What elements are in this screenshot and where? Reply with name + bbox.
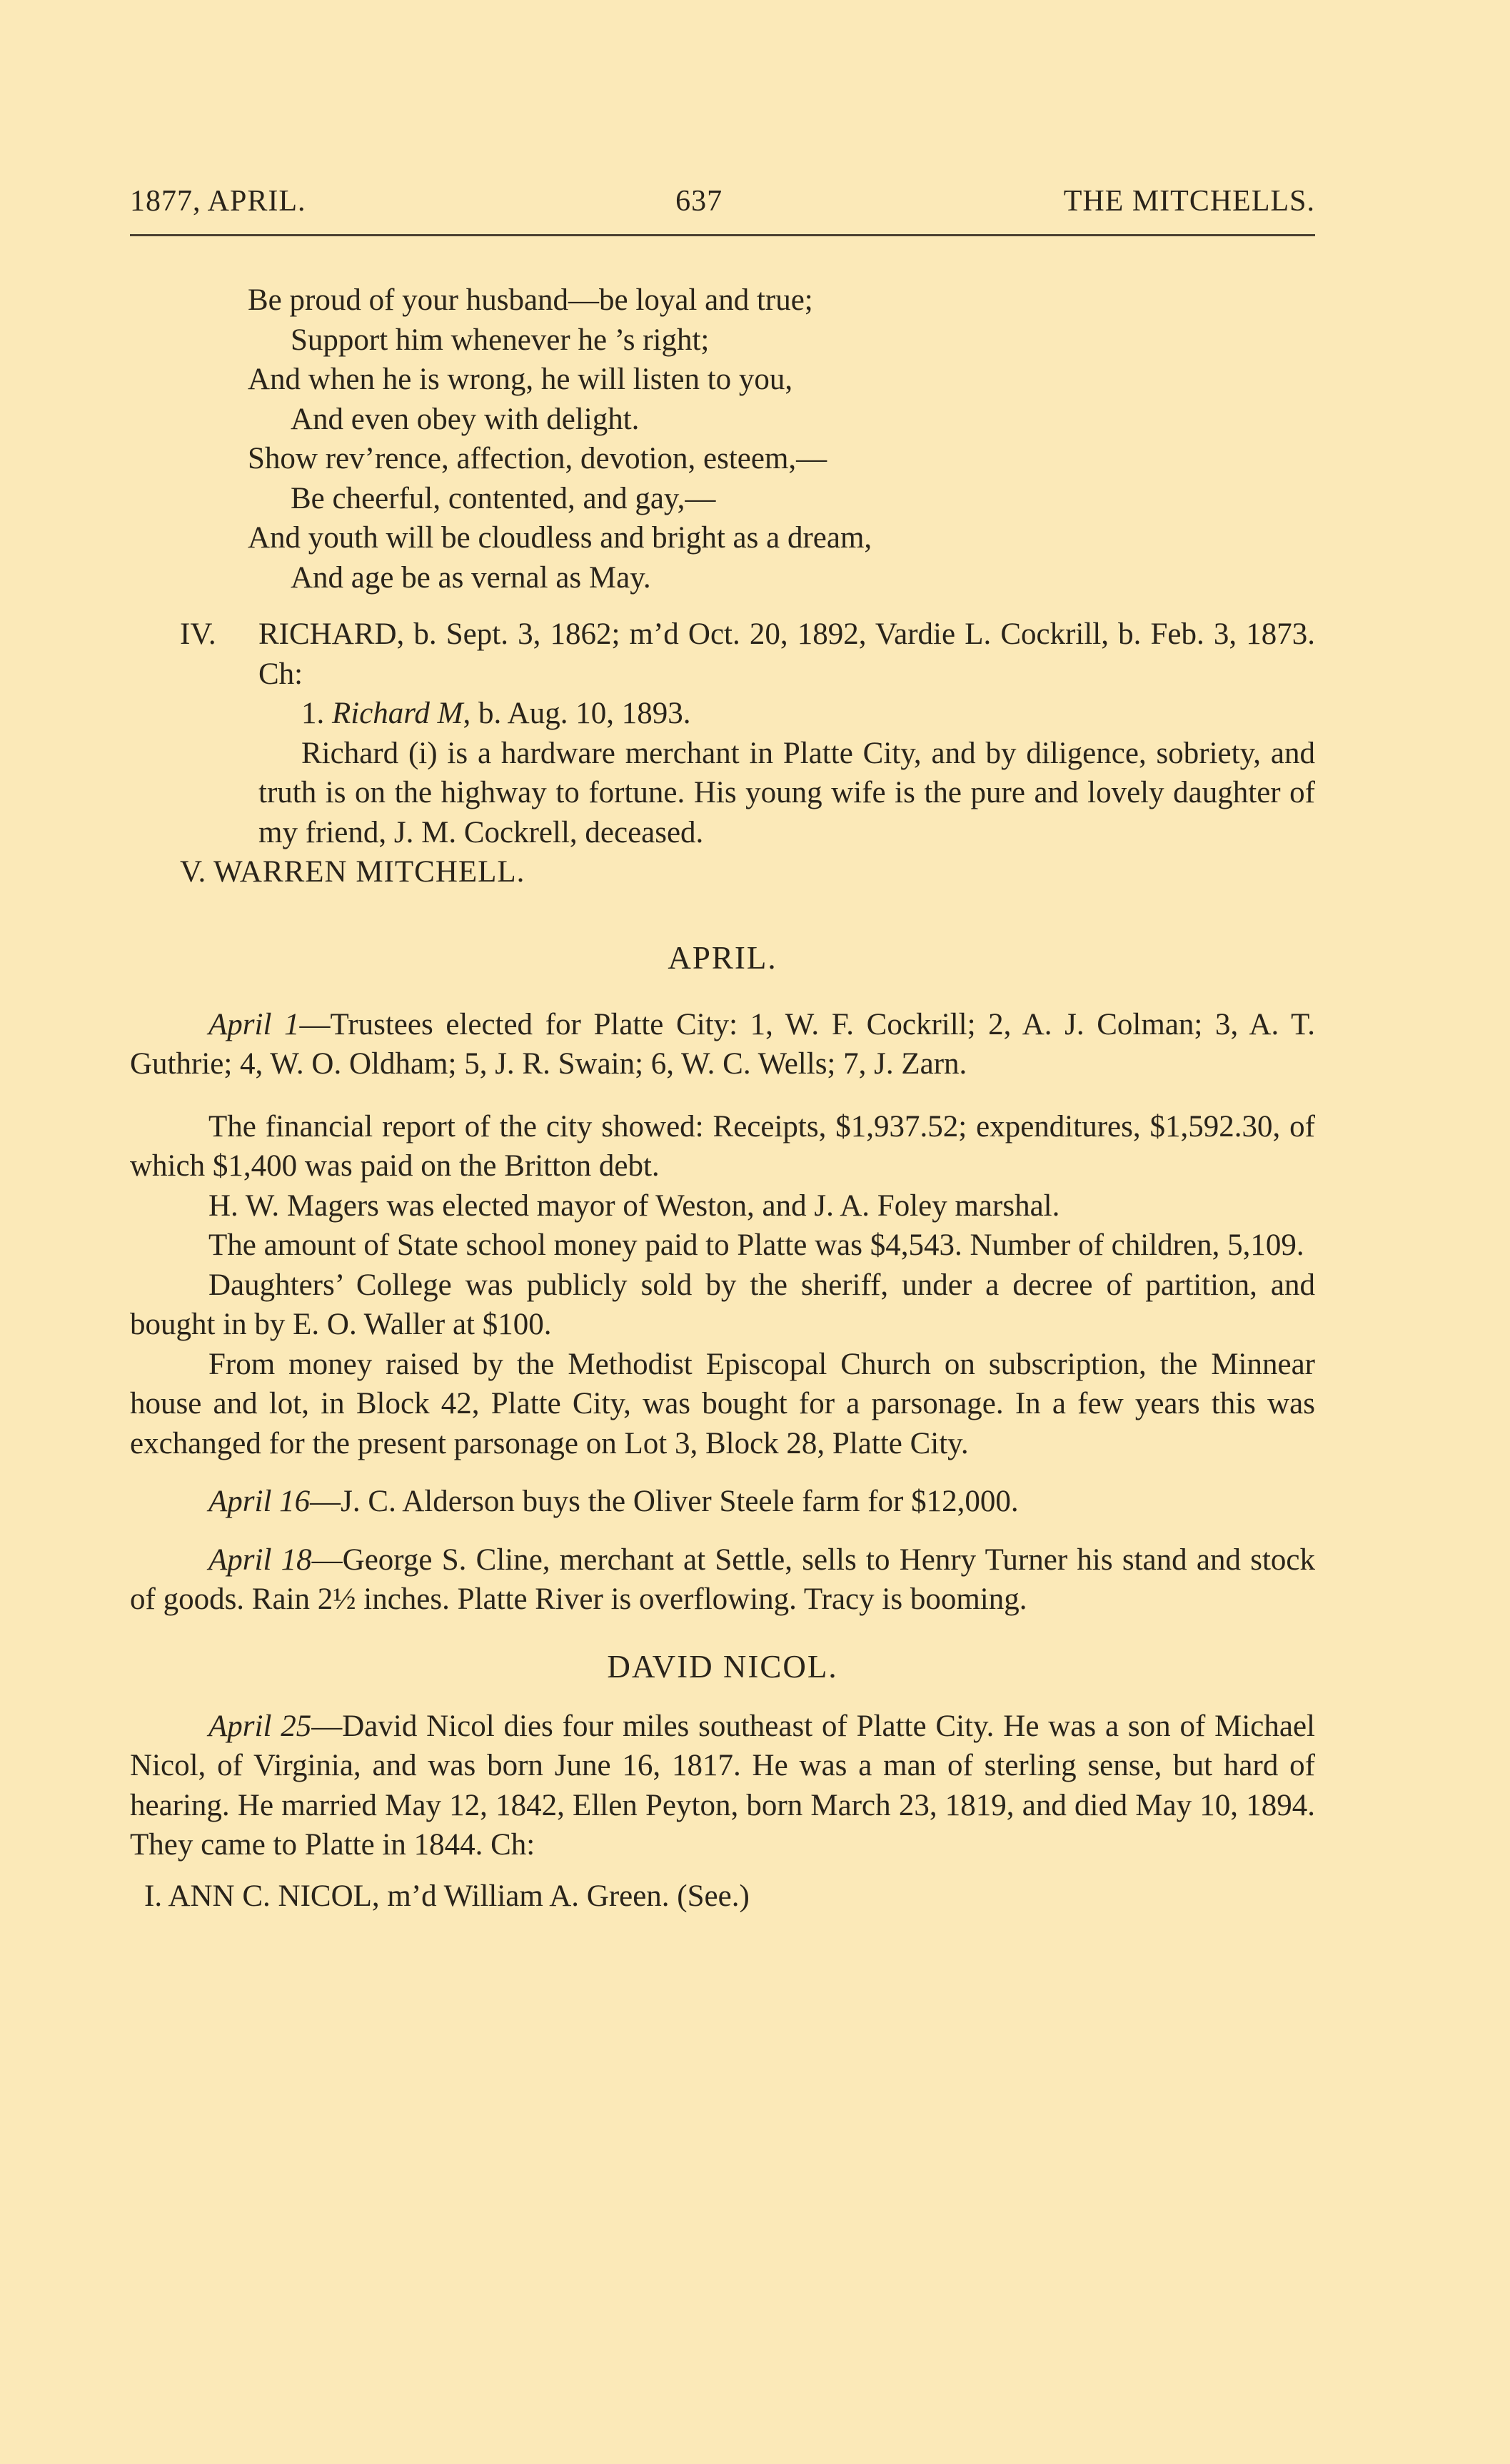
genealogy-entry-warren: V. WARREN MITCHELL. bbox=[180, 852, 1315, 892]
book-page: 1877, APRIL. 637 THE MITCHELLS. Be proud… bbox=[130, 184, 1315, 1916]
entry-body: The amount of State school money paid to… bbox=[208, 1228, 1304, 1262]
verse-line: And youth will be cloudless and bright a… bbox=[248, 518, 1315, 558]
entry-body: —Trustees elected for Platte City: 1, W.… bbox=[130, 1008, 1315, 1081]
verse-line: And when he is wrong, he will listen to … bbox=[248, 360, 1315, 400]
header-date: 1877, APRIL. bbox=[130, 184, 306, 218]
entry-date: April 16 bbox=[208, 1485, 310, 1518]
verse-line: And age be as vernal as May. bbox=[248, 558, 1315, 598]
entry-numeral: V. bbox=[180, 855, 206, 889]
paragraph-daughters-college: Daughters’ College was publicly sold by … bbox=[130, 1266, 1315, 1345]
child-details: , b. Aug. 10, 1893. bbox=[463, 697, 691, 730]
verse-line: Show rev’rence, affection, devotion, est… bbox=[248, 439, 1315, 479]
running-header: 1877, APRIL. 637 THE MITCHELLS. bbox=[130, 184, 1315, 218]
paragraph-parsonage: From money raised by the Methodist Episc… bbox=[130, 1345, 1315, 1464]
genealogy-entry-richard: IV. RICHARD, b. Sept. 3, 1862; m’d Oct. … bbox=[180, 615, 1315, 852]
paragraph-school-money: The amount of State school money paid to… bbox=[130, 1226, 1315, 1266]
verse-line: Support him whenever he ’s right; bbox=[248, 320, 1315, 360]
entry-numeral: IV. bbox=[180, 615, 216, 655]
page-number: 637 bbox=[675, 184, 723, 218]
paragraph-financial-report: The financial report of the city showed:… bbox=[130, 1107, 1315, 1186]
section-heading-david-nicol: DAVID NICOL. bbox=[130, 1648, 1315, 1685]
child-number: 1. bbox=[301, 697, 324, 730]
paragraph-april-1: April 1—Trustees elected for Platte City… bbox=[130, 1005, 1315, 1084]
paragraph-april-25: April 25—David Nicol dies four miles sou… bbox=[130, 1707, 1315, 1865]
verse-line: And even obey with delight. bbox=[248, 400, 1315, 440]
entry-date: April 1 bbox=[208, 1008, 300, 1041]
entry-date: April 18 bbox=[208, 1543, 312, 1577]
entry-text: RICHARD, b. Sept. 3, 1862; m’d Oct. 20, … bbox=[258, 615, 1315, 694]
entry-text: WARREN MITCHELL. bbox=[213, 855, 525, 889]
child-entry: 1. Richard M, b. Aug. 10, 1893. bbox=[258, 694, 1315, 734]
genealogy-list: IV. RICHARD, b. Sept. 3, 1862; m’d Oct. … bbox=[180, 615, 1315, 892]
entry-date: April 25 bbox=[208, 1710, 311, 1743]
entry-body: H. W. Magers was elected mayor of Weston… bbox=[208, 1189, 1059, 1223]
verse-line: Be proud of your husband—be loyal and tr… bbox=[248, 281, 1315, 320]
child-name: Richard M bbox=[332, 697, 463, 730]
entry-body: The financial report of the city showed:… bbox=[130, 1110, 1315, 1183]
section-heading-april: APRIL. bbox=[130, 939, 1315, 976]
poem-stanza: Be proud of your husband—be loyal and tr… bbox=[248, 281, 1315, 597]
entry-body: Daughters’ College was publicly sold by … bbox=[130, 1268, 1315, 1342]
header-title: THE MITCHELLS. bbox=[1064, 184, 1315, 218]
paragraph-weston-election: H. W. Magers was elected mayor of Weston… bbox=[130, 1186, 1315, 1226]
paragraph-april-16: April 16—J. C. Alderson buys the Oliver … bbox=[130, 1482, 1315, 1522]
entry-body: —J. C. Alderson buys the Oliver Steele f… bbox=[310, 1485, 1018, 1518]
biographical-note: Richard (i) is a hardware merchant in Pl… bbox=[258, 734, 1315, 853]
entry-body: From money raised by the Methodist Episc… bbox=[130, 1348, 1315, 1460]
verse-line: Be cheerful, contented, and gay,— bbox=[248, 479, 1315, 519]
genealogy-entry-ann-nicol: I. ANN C. NICOL, m’d William A. Green. (… bbox=[144, 1877, 1315, 1917]
header-rule bbox=[130, 234, 1315, 236]
paragraph-april-18: April 18—George S. Cline, merchant at Se… bbox=[130, 1540, 1315, 1620]
